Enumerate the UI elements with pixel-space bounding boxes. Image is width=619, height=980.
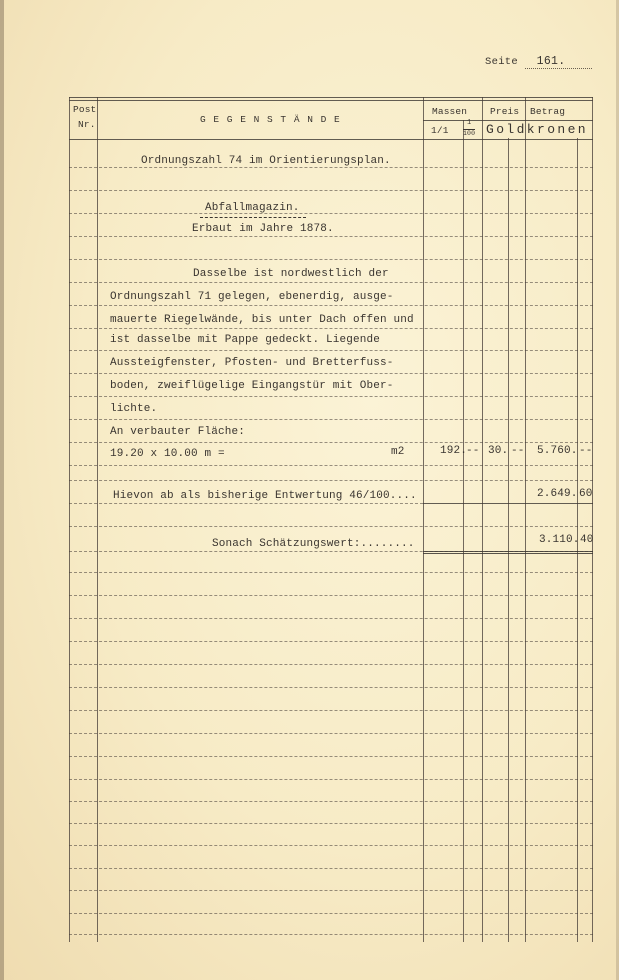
header-gegenstaende: G E G E N S T Ä N D E bbox=[200, 114, 341, 125]
page-label: Seite bbox=[485, 56, 518, 68]
row-line bbox=[69, 641, 593, 642]
header-massen: Massen bbox=[432, 106, 467, 117]
header-nr: Nr. bbox=[78, 119, 96, 130]
col-line-massen-split bbox=[463, 120, 464, 942]
row-line bbox=[69, 618, 593, 619]
row-line bbox=[69, 503, 423, 504]
row-line bbox=[69, 595, 593, 596]
row-line bbox=[69, 396, 593, 397]
table-top-border bbox=[69, 97, 593, 98]
row-line bbox=[69, 480, 593, 481]
row-line bbox=[69, 167, 593, 168]
row-line bbox=[69, 664, 593, 665]
description-line: Dasselbe ist nordwestlich der bbox=[193, 268, 389, 280]
table-top-border-2 bbox=[69, 100, 593, 101]
row-line bbox=[69, 190, 593, 191]
row-line bbox=[69, 373, 593, 374]
row-line bbox=[69, 305, 593, 306]
deduction-betrag-frac: 60 bbox=[579, 488, 593, 500]
page-number: Seite 161. bbox=[485, 55, 592, 69]
row-line bbox=[69, 868, 593, 869]
col-line-massen bbox=[482, 97, 483, 942]
page-number-value: 161. bbox=[525, 55, 592, 69]
estimated-value-label: Sonach Schätzungswert:........ bbox=[212, 538, 415, 550]
deduction-betrag: 2.649. bbox=[537, 488, 578, 500]
area-betrag-frac: -- bbox=[579, 445, 593, 457]
col-line-post bbox=[97, 97, 98, 942]
row-line bbox=[69, 913, 593, 914]
description-line: Aussteigfenster, Pfosten- und Bretterfus… bbox=[110, 357, 394, 369]
row-line bbox=[69, 213, 593, 214]
row-line bbox=[69, 350, 593, 351]
row-line bbox=[69, 419, 593, 420]
row-line bbox=[69, 236, 593, 237]
description-line: boden, zweiflügelige Eingangstür mit Obe… bbox=[110, 380, 394, 392]
built-year: Erbaut im Jahre 1878. bbox=[192, 223, 334, 235]
row-line bbox=[69, 845, 593, 846]
row-line bbox=[69, 934, 593, 935]
row-line bbox=[69, 259, 593, 260]
header-betrag: Betrag bbox=[530, 106, 565, 117]
row-line bbox=[69, 733, 593, 734]
row-line bbox=[69, 282, 593, 283]
total-betrag: 3.110. bbox=[539, 534, 580, 546]
header-massen-whole: 1/1 bbox=[431, 125, 449, 136]
page-binding-edge bbox=[0, 0, 4, 980]
row-line bbox=[69, 823, 593, 824]
col-line-right bbox=[592, 97, 593, 942]
row-line bbox=[69, 442, 593, 443]
col-line-gegenstaende bbox=[423, 97, 424, 942]
col-line-left bbox=[69, 97, 70, 942]
row-line bbox=[69, 710, 593, 711]
row-line bbox=[69, 779, 593, 780]
row-line bbox=[69, 526, 593, 527]
area-preis-frac: -- bbox=[511, 445, 525, 457]
header-massen-frac-top: 1 bbox=[467, 119, 471, 127]
row-line bbox=[69, 465, 593, 466]
area-massen-frac: -- bbox=[466, 445, 480, 457]
area-label: An verbauter Fläche: bbox=[110, 426, 245, 438]
area-massen: 192. bbox=[440, 445, 467, 457]
row-line bbox=[69, 801, 593, 802]
total-betrag-frac: 40 bbox=[580, 534, 594, 546]
total-double-underline bbox=[423, 551, 593, 554]
area-preis: 30. bbox=[488, 445, 508, 457]
header-post: Post bbox=[73, 104, 96, 115]
header-preis: Preis bbox=[490, 106, 519, 117]
ordnungszahl-line: Ordnungszahl 74 im Orientierungsplan. bbox=[141, 155, 391, 167]
deduction-line: Hievon ab als bisherige Entwertung 46/10… bbox=[113, 490, 417, 502]
header-subdivider bbox=[423, 120, 593, 121]
area-unit: m2 bbox=[391, 446, 405, 458]
row-line bbox=[69, 756, 593, 757]
row-line bbox=[69, 890, 593, 891]
description-line: mauerte Riegelwände, bis unter Dach offe… bbox=[110, 314, 414, 326]
description-line: ist dasselbe mit Pappe gedeckt. Liegende bbox=[110, 334, 380, 346]
area-calculation: 19.20 x 10.00 m = bbox=[110, 448, 225, 460]
header-currency: Goldkronen bbox=[486, 122, 588, 137]
row-line bbox=[69, 572, 593, 573]
building-title: Abfallmagazin. bbox=[205, 202, 300, 214]
header-bottom-border bbox=[69, 139, 593, 140]
row-line bbox=[69, 687, 593, 688]
area-betrag: 5.760. bbox=[537, 445, 578, 457]
title-underline bbox=[200, 217, 306, 218]
row-line bbox=[69, 328, 593, 329]
col-line-preis bbox=[525, 97, 526, 942]
subtotal-underline bbox=[423, 503, 593, 504]
description-line: lichte. bbox=[110, 403, 157, 415]
header-massen-frac-bottom: 100 bbox=[463, 129, 475, 138]
description-line: Ordnungszahl 71 gelegen, ebenerdig, ausg… bbox=[110, 291, 394, 303]
